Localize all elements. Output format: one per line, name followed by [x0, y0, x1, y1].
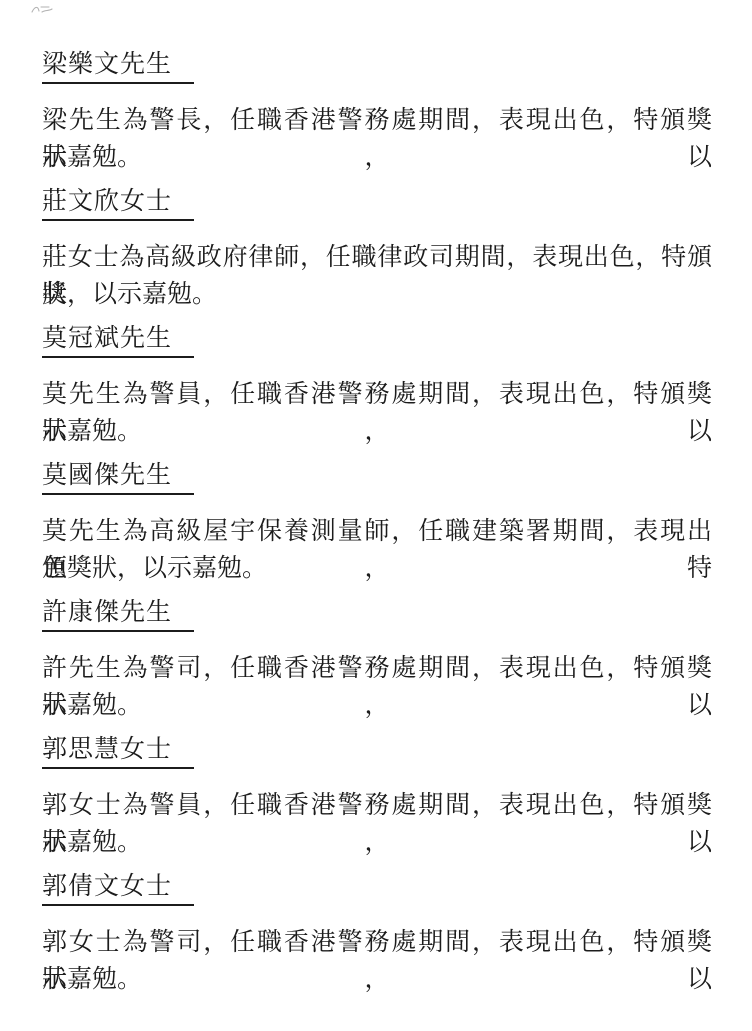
- paragraph-line: 郭女士為警員，任職香港警務處期間，表現出色，特頒獎狀，以: [42, 787, 712, 824]
- award-section: 郭倩文女士 郭女士為警司，任職香港警務處期間，表現出色，特頒獎狀，以 示嘉勉。: [42, 872, 712, 998]
- award-section: 莫冠斌先生 莫先生為警員，任職香港警務處期間，表現出色，特頒獎狀，以 示嘉勉。: [42, 324, 712, 450]
- stray-ink-mark-icon: [30, 3, 54, 16]
- person-name: 郭思慧女士: [42, 735, 194, 769]
- person-name: 郭倩文女士: [42, 872, 194, 906]
- person-name: 許康傑先生: [42, 598, 194, 632]
- person-name-heading: 莫冠斌先生: [42, 324, 712, 358]
- paragraph-line: 莫先生為高級屋宇保養測量師，任職建築署期間，表現出色，特: [42, 513, 712, 550]
- person-name-heading: 郭倩文女士: [42, 872, 712, 906]
- award-section: 許康傑先生 許先生為警司，任職香港警務處期間，表現出色，特頒獎狀，以 示嘉勉。: [42, 598, 712, 724]
- paragraph-line: 莫先生為警員，任職香港警務處期間，表現出色，特頒獎狀，以: [42, 376, 712, 413]
- person-name-heading: 郭思慧女士: [42, 735, 712, 769]
- citation-paragraph: 郭女士為警司，任職香港警務處期間，表現出色，特頒獎狀，以 示嘉勉。: [42, 924, 712, 998]
- paragraph-line: 許先生為警司，任職香港警務處期間，表現出色，特頒獎狀，以: [42, 650, 712, 687]
- person-name: 莫國傑先生: [42, 461, 194, 495]
- citation-paragraph: 郭女士為警員，任職香港警務處期間，表現出色，特頒獎狀，以 示嘉勉。: [42, 787, 712, 861]
- person-name: 梁樂文先生: [42, 50, 194, 84]
- paragraph-line: 梁先生為警長，任職香港警務處期間，表現出色，特頒獎狀，以: [42, 102, 712, 139]
- paragraph-line: 狀，以示嘉勉。: [42, 276, 712, 313]
- award-section: 莊文欣女士 莊女士為高級政府律師，任職律政司期間，表現出色，特頒獎 狀，以示嘉勉…: [42, 187, 712, 313]
- citation-paragraph: 莫先生為警員，任職香港警務處期間，表現出色，特頒獎狀，以 示嘉勉。: [42, 376, 712, 450]
- award-section: 莫國傑先生 莫先生為高級屋宇保養測量師，任職建築署期間，表現出色，特 頒獎狀，以…: [42, 461, 712, 587]
- citation-paragraph: 梁先生為警長，任職香港警務處期間，表現出色，特頒獎狀，以 示嘉勉。: [42, 102, 712, 176]
- paragraph-line: 郭女士為警司，任職香港警務處期間，表現出色，特頒獎狀，以: [42, 924, 712, 961]
- person-name-heading: 莊文欣女士: [42, 187, 712, 221]
- award-section: 郭思慧女士 郭女士為警員，任職香港警務處期間，表現出色，特頒獎狀，以 示嘉勉。: [42, 735, 712, 861]
- document-page: 梁樂文先生 梁先生為警長，任職香港警務處期間，表現出色，特頒獎狀，以 示嘉勉。 …: [0, 0, 752, 1031]
- person-name: 莊文欣女士: [42, 187, 194, 221]
- award-section: 梁樂文先生 梁先生為警長，任職香港警務處期間，表現出色，特頒獎狀，以 示嘉勉。: [42, 50, 712, 176]
- person-name: 莫冠斌先生: [42, 324, 194, 358]
- citation-paragraph: 莊女士為高級政府律師，任職律政司期間，表現出色，特頒獎 狀，以示嘉勉。: [42, 239, 712, 313]
- paragraph-line: 莊女士為高級政府律師，任職律政司期間，表現出色，特頒獎: [42, 239, 712, 276]
- citation-paragraph: 許先生為警司，任職香港警務處期間，表現出色，特頒獎狀，以 示嘉勉。: [42, 650, 712, 724]
- person-name-heading: 梁樂文先生: [42, 50, 712, 84]
- citation-paragraph: 莫先生為高級屋宇保養測量師，任職建築署期間，表現出色，特 頒獎狀，以示嘉勉。: [42, 513, 712, 587]
- person-name-heading: 許康傑先生: [42, 598, 712, 632]
- person-name-heading: 莫國傑先生: [42, 461, 712, 495]
